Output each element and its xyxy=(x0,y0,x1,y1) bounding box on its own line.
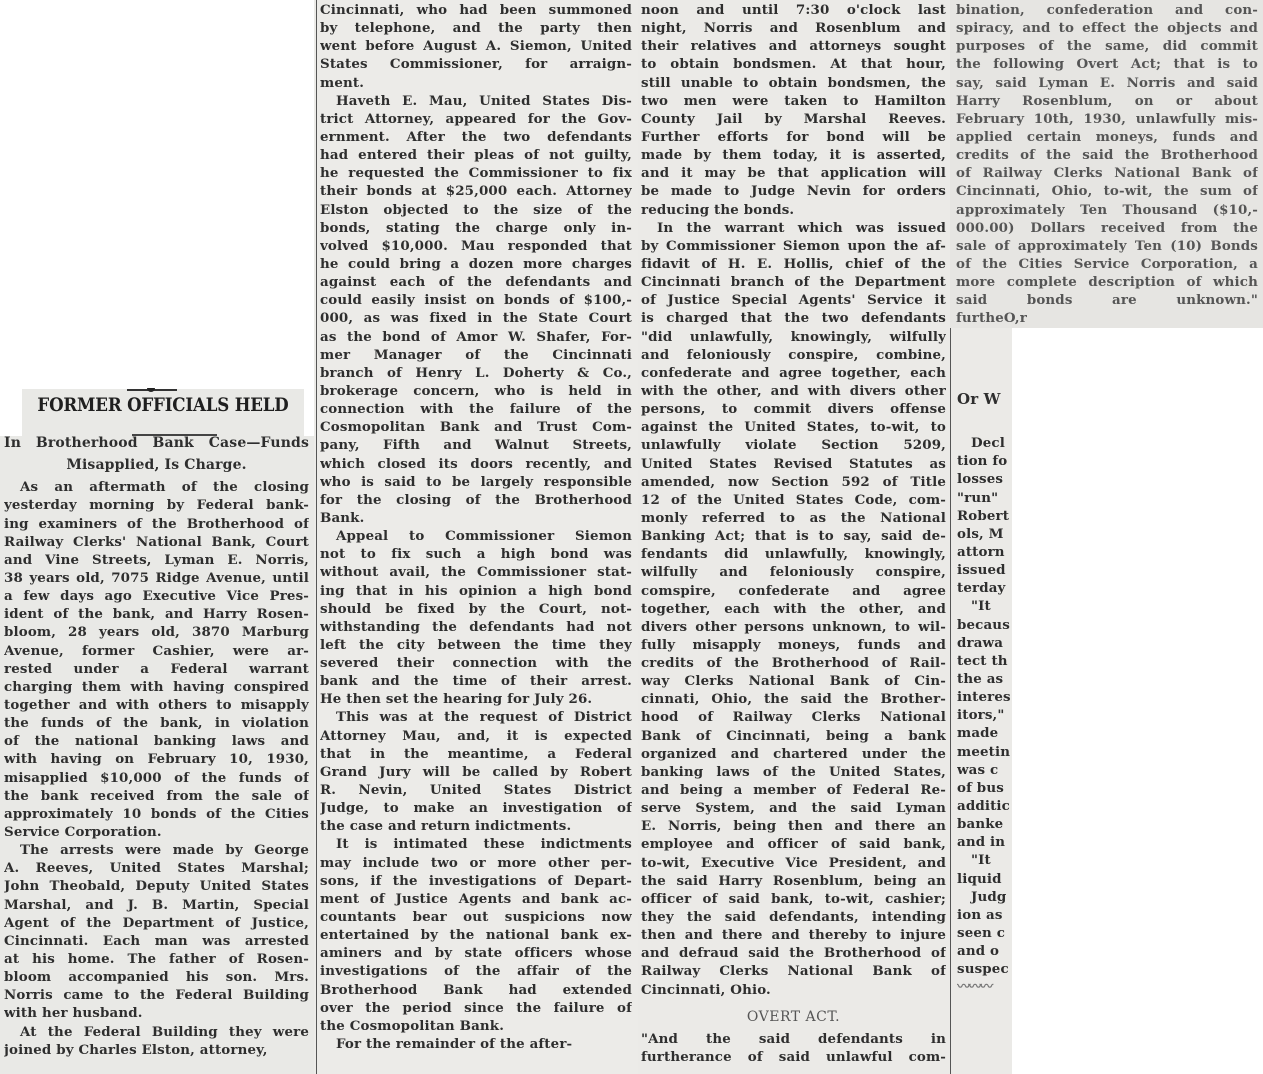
text-line: Cincinnati, Ohio, to-wit, the sum of xyxy=(956,182,1258,200)
text-line: the as xyxy=(957,670,1012,688)
text-line: The arrests were made by George xyxy=(4,841,309,859)
text-line: terday xyxy=(957,579,1012,597)
text-line: and o xyxy=(957,942,1012,960)
text-line: drawa xyxy=(957,634,1012,652)
text-line: furtherance of said unlawful com- xyxy=(641,1048,946,1066)
text-line: Marshal, and J. B. Martin, Special xyxy=(4,896,309,914)
text-line: liquid xyxy=(957,870,1012,888)
text-line: "It xyxy=(957,851,1012,869)
text-line: of the Cities Service Corporation, a xyxy=(956,255,1258,273)
headline-block: FORMER OFFICIALS HELD xyxy=(22,389,304,437)
text-line: fully misapply moneys, funds and xyxy=(641,636,946,654)
text-line: and feloniously conspire, combine, xyxy=(641,346,946,364)
text-line: and being a member of Federal Re- xyxy=(641,781,946,799)
text-line: they the said defendants, intending xyxy=(641,908,946,926)
text-line: more complete description of which xyxy=(956,273,1258,291)
text-line: said bonds are unknown." xyxy=(956,291,1258,309)
text-line: Decl xyxy=(957,434,1012,452)
column-2-clipping: Cincinnati, who had been summonedby tele… xyxy=(314,0,638,1074)
text-line: 12 of the United States Code, com- xyxy=(641,491,946,509)
subhead-line: Misapplied, Is Charge. xyxy=(4,456,309,474)
text-line: by telephone, and the party then xyxy=(320,19,632,37)
text-line: rested under a Federal warrant xyxy=(4,660,309,678)
text-line: February 10th, 1930, unlawfully mis- xyxy=(956,110,1258,128)
text-line: "It xyxy=(957,597,1012,615)
text-line: left the city between the time they xyxy=(320,636,632,654)
text-line: John Theobald, Deputy United States xyxy=(4,877,309,895)
text-line: the case and return indictments. xyxy=(320,817,632,835)
text-line: ion as xyxy=(957,906,1012,924)
text-line: E. Norris, being then and there an xyxy=(641,817,946,835)
text-line: ernment. After the two defendants xyxy=(320,128,632,146)
text-line: a few days ago Executive Vice Pres- xyxy=(4,587,309,605)
headline: FORMER OFFICIALS HELD xyxy=(36,395,290,416)
text-line: "And the said defendants in xyxy=(641,1030,946,1048)
text-line: night, Norris and Rosenblum and xyxy=(641,19,946,37)
text-line: ment of Justice Agents and bank ac- xyxy=(320,890,632,908)
text-line: Attorney Mau, and, it is expected xyxy=(320,727,632,745)
text-line: credits of the Brotherhood of Rail- xyxy=(641,654,946,672)
text-line: entertained by the national bank ex- xyxy=(320,926,632,944)
text-line: their relatives and attorneys sought xyxy=(641,37,946,55)
text-line: volved $10,000. Mau responded that xyxy=(320,237,632,255)
text-line: two men were taken to Hamilton xyxy=(641,92,946,110)
overt-act-subhead: OVERT ACT. xyxy=(641,1008,946,1026)
text-line: Judg xyxy=(957,888,1012,906)
column-3: noon and until 7:30 o'clock lastnight, N… xyxy=(641,1,946,999)
text-line: Cincinnati branch of the Department xyxy=(641,273,946,291)
text-line: organized and chartered under the xyxy=(641,745,946,763)
text-line: employee and officer of said bank, xyxy=(641,835,946,853)
column-4: bination, confederation and con-spiracy,… xyxy=(956,1,1258,328)
text-line: then and there and thereby to injure xyxy=(641,926,946,944)
text-line: of Railway Clerks National Bank of xyxy=(956,164,1258,182)
text-line: and in xyxy=(957,833,1012,851)
text-line: suspec xyxy=(957,960,1012,978)
text-line: officer of said bank, to-wit, cashier; xyxy=(641,890,946,908)
text-line: with the other, and with divers other xyxy=(641,382,946,400)
text-line: brokerage concern, who is held in xyxy=(320,382,632,400)
text-line: attorn xyxy=(957,543,1012,561)
column-rule xyxy=(316,0,317,1074)
column-3-continued: OVERT ACT. "And the said defendants in f… xyxy=(641,1008,946,1066)
text-line: amended, now Section 592 of Title xyxy=(641,473,946,491)
text-line: persons, to commit divers offense xyxy=(641,400,946,418)
text-line: to-wit, Executive Vice President, and xyxy=(641,854,946,872)
text-line: serve System, and the said Lyman xyxy=(641,799,946,817)
text-line: not to fix such a high bond was xyxy=(320,545,632,563)
text-line: could easily insist on bonds of $100,- xyxy=(320,291,632,309)
text-line: that in the meantime, a Federal xyxy=(320,745,632,763)
text-line: made by them today, it is asserted, xyxy=(641,146,946,164)
text-line: interes xyxy=(957,688,1012,706)
text-line: seen c xyxy=(957,924,1012,942)
text-line: sale of approximately Ten (10) Bonds xyxy=(956,237,1258,255)
text-line: approximately 10 bonds of the Cities xyxy=(4,805,309,823)
text-line: ing examiners of the Brotherhood of xyxy=(4,515,309,533)
text-line: the said Harry Rosenblum, being an xyxy=(641,872,946,890)
text-line: Cosmopolitan Bank and Trust Com- xyxy=(320,418,632,436)
text-line: bloom accompanied his son. Mrs. xyxy=(4,968,309,986)
text-line: Service Corporation. xyxy=(4,823,309,841)
text-line: ols, M xyxy=(957,525,1012,543)
text-line: branch of Henry L. Doherty & Co., xyxy=(320,364,632,382)
text-line: he could bring a dozen more charges xyxy=(320,255,632,273)
text-line: bank and the time of their arrest. xyxy=(320,672,632,690)
text-line: of Justice Special Agents' Service it xyxy=(641,291,946,309)
text-line: ment. xyxy=(320,74,632,92)
text-line: tect th xyxy=(957,652,1012,670)
text-line: Cincinnati, Ohio. xyxy=(641,981,946,999)
text-line: bonds, stating the charge only in- xyxy=(320,219,632,237)
text-line: Grand Jury will be called by Robert xyxy=(320,763,632,781)
wavy-divider: 〰〰〰 xyxy=(957,978,1012,996)
text-line: Judge, to make an investigation of xyxy=(320,799,632,817)
text-line: ident of the bank, and Harry Rosen- xyxy=(4,605,309,623)
text-line: unlawfully violate Section 5209, xyxy=(641,436,946,454)
text-line: "did unlawfully, knowingly, wilfully xyxy=(641,328,946,346)
text-line: ing that in his opinion a high bond xyxy=(320,582,632,600)
text-line: Agent of the Department of Justice, xyxy=(4,914,309,932)
text-line: charging them with having conspired xyxy=(4,678,309,696)
text-line: hood of Railway Clerks National xyxy=(641,708,946,726)
text-line: went before August A. Siemon, United xyxy=(320,37,632,55)
text-line: for the closing of the Brotherhood xyxy=(320,491,632,509)
text-line: Appeal to Commissioner Siemon xyxy=(320,527,632,545)
text-line: confederate and agree together, each xyxy=(641,364,946,382)
text-line: sons, if the investigations of Depart- xyxy=(320,872,632,890)
text-line: of the national banking laws and xyxy=(4,732,309,750)
text-line: together and with others to misapply xyxy=(4,696,309,714)
text-line: severed their connection with the xyxy=(320,654,632,672)
text-line: 38 years old, 7075 Ridge Avenue, until xyxy=(4,569,309,587)
text-line: joined by Charles Elston, attorney, xyxy=(4,1041,309,1059)
text-line: bination, confederation and con- xyxy=(956,1,1258,19)
text-line: purposes of the same, did commit xyxy=(956,37,1258,55)
text-line: together, each with the other, and xyxy=(641,600,946,618)
text-line: tion fo xyxy=(957,452,1012,470)
text-line: Cincinnati. Each man was arrested xyxy=(4,932,309,950)
text-line: credits of the said the Brotherhood xyxy=(956,146,1258,164)
text-line: becaus xyxy=(957,616,1012,634)
text-line: noon and until 7:30 o'clock last xyxy=(641,1,946,19)
text-line: countants bear out suspicions now xyxy=(320,908,632,926)
text-line: made xyxy=(957,724,1012,742)
text-line: issued xyxy=(957,561,1012,579)
text-line: Railway Clerks' National Bank, Court xyxy=(4,533,309,551)
text-line: Haveth E. Mau, United States Dis- xyxy=(320,92,632,110)
text-line: comspire, confederate and agree xyxy=(641,582,946,600)
text-line: withstanding the defendants had not xyxy=(320,618,632,636)
text-line: to obtain bondsmen. At that hour, xyxy=(641,55,946,73)
text-line: As an aftermath of the closing xyxy=(4,478,309,496)
text-line: applied certain moneys, funds and xyxy=(956,128,1258,146)
text-line: investigations of the affair of the xyxy=(320,962,632,980)
text-line: is charged that the two defendants xyxy=(641,309,946,327)
text-line: States Commissioner, for arraign- xyxy=(320,55,632,73)
text-line: banking laws of the United States, xyxy=(641,763,946,781)
text-line: Elston objected to the size of the xyxy=(320,201,632,219)
text-line: Cincinnati, who had been summoned xyxy=(320,1,632,19)
text-line: 000, as was fixed in the State Court xyxy=(320,309,632,327)
text-line: bloom, 28 years old, 3870 Marburg xyxy=(4,623,309,641)
text-line: At the Federal Building they were xyxy=(4,1023,309,1041)
text-line: He then set the hearing for July 26. xyxy=(320,690,632,708)
text-line: the Cosmopolitan Bank. xyxy=(320,1017,632,1035)
text-line: and defraud said the Brotherhood of xyxy=(641,944,946,962)
text-line: and it may be that application will xyxy=(641,164,946,182)
text-line: misapplied $10,000 of the funds of xyxy=(4,769,309,787)
text-line: connection with the failure of the xyxy=(320,400,632,418)
text-line: against the United States, to-wit, to xyxy=(641,418,946,436)
text-line: Bank. xyxy=(320,509,632,527)
column-1: In Brotherhood Bank Case—Funds Misapplie… xyxy=(4,436,309,1059)
text-line: Brotherhood Bank had extended xyxy=(320,981,632,999)
column-2: Cincinnati, who had been summonedby tele… xyxy=(320,1,632,1053)
text-line: R. Nevin, United States District xyxy=(320,781,632,799)
text-line: For the remainder of the after- xyxy=(320,1035,632,1053)
text-line: meetin xyxy=(957,743,1012,761)
text-line: Bank of Cincinnati, being a bank xyxy=(641,727,946,745)
text-line: over the period since the failure of xyxy=(320,999,632,1017)
text-line: Harry Rosenblum, on or about xyxy=(956,92,1258,110)
text-line: be made to Judge Nevin for orders xyxy=(641,182,946,200)
text-line: It is intimated these indictments xyxy=(320,835,632,853)
text-line: trict Attorney, appeared for the Gov- xyxy=(320,110,632,128)
text-line: monly referred to as the National xyxy=(641,509,946,527)
text-line: should be fixed by the Court, not- xyxy=(320,600,632,618)
text-line: fidavit of H. E. Hollis, chief of the xyxy=(641,255,946,273)
text-line: Robert xyxy=(957,507,1012,525)
text-line: Banking Act; that is to say, said de- xyxy=(641,527,946,545)
text-line: This was at the request of District xyxy=(320,708,632,726)
text-line: may include two or more other per- xyxy=(320,854,632,872)
text-line: approximately Ten Thousand ($10,- xyxy=(956,201,1258,219)
text-line: losses xyxy=(957,470,1012,488)
text-line: aminers and by state officers whose xyxy=(320,944,632,962)
text-line: mer Manager of the Cincinnati xyxy=(320,346,632,364)
text-line: fendants did unlawfully, knowingly, xyxy=(641,545,946,563)
text-line: against each of the defendants and xyxy=(320,273,632,291)
text-line: In the warrant which was issued xyxy=(641,219,946,237)
text-line: banke xyxy=(957,815,1012,833)
text-line: Railway Clerks National Bank of xyxy=(641,962,946,980)
text-line: furtheO,r xyxy=(956,309,1258,327)
text-line: say, said Lyman E. Norris and said xyxy=(956,74,1258,92)
text-line: Further efforts for bond will be xyxy=(641,128,946,146)
text-line: wilfully and feloniously conspire, xyxy=(641,563,946,581)
adjacent-headline: Or W xyxy=(957,390,1012,408)
text-line: their bonds at $25,000 each. Attorney xyxy=(320,182,632,200)
column-4-clipping: bination, confederation and con-spiracy,… xyxy=(950,0,1263,328)
text-line: who is said to be largely responsible xyxy=(320,473,632,491)
text-line: of bus xyxy=(957,779,1012,797)
text-line: the bank received from the sale of xyxy=(4,787,309,805)
text-line: reducing the bonds. xyxy=(641,201,946,219)
text-line: the funds of the bank, in violation xyxy=(4,714,309,732)
text-line: without avail, the Commissioner stat- xyxy=(320,563,632,581)
subhead-line: In Brotherhood Bank Case—Funds xyxy=(4,436,309,452)
column-1-clipping: In Brotherhood Bank Case—Funds Misapplie… xyxy=(0,436,314,1074)
text-line: 000.00) Dollars received from the xyxy=(956,219,1258,237)
text-line: with having on February 10, 1930, xyxy=(4,750,309,768)
text-line: "run" xyxy=(957,489,1012,507)
text-line: itors," xyxy=(957,706,1012,724)
text-line: Norris came to the Federal Building xyxy=(4,986,309,1004)
text-line: had entered their pleas of not guilty, xyxy=(320,146,632,164)
text-line: and Vine Streets, Lyman E. Norris, xyxy=(4,551,309,569)
text-line: still unable to obtain bondsmen, the xyxy=(641,74,946,92)
text-line: he requested the Commissioner to fix xyxy=(320,164,632,182)
text-line: United States Revised Statutes as xyxy=(641,455,946,473)
text-line: cinnati, Ohio, the said the Brother- xyxy=(641,690,946,708)
text-line: as the bond of Amor W. Shafer, For- xyxy=(320,328,632,346)
text-line: spiracy, and to effect the objects and xyxy=(956,19,1258,37)
text-line: Avenue, former Cashier, were ar- xyxy=(4,642,309,660)
text-line: additic xyxy=(957,797,1012,815)
ornament-rule xyxy=(127,389,177,391)
text-line: yesterday morning by Federal bank- xyxy=(4,496,309,514)
text-line: the following Overt Act; that is to xyxy=(956,55,1258,73)
text-line: way Clerks National Bank of Cin- xyxy=(641,672,946,690)
text-line: with her husband. xyxy=(4,1004,309,1022)
text-line: at his home. The father of Rosen- xyxy=(4,950,309,968)
text-line: A. Reeves, United States Marshal; xyxy=(4,859,309,877)
text-line: pany, Fifth and Walnut Streets, xyxy=(320,436,632,454)
text-line: which closed its doors recently, and xyxy=(320,455,632,473)
text-line: County Jail by Marshal Reeves. xyxy=(641,110,946,128)
text-line: was c xyxy=(957,761,1012,779)
text-line: divers other persons unknown, to wil- xyxy=(641,618,946,636)
adjacent-article: Or WDecltion folosses"run"Robertols, Mat… xyxy=(957,390,1012,997)
text-line: by Commissioner Siemon upon the af- xyxy=(641,237,946,255)
